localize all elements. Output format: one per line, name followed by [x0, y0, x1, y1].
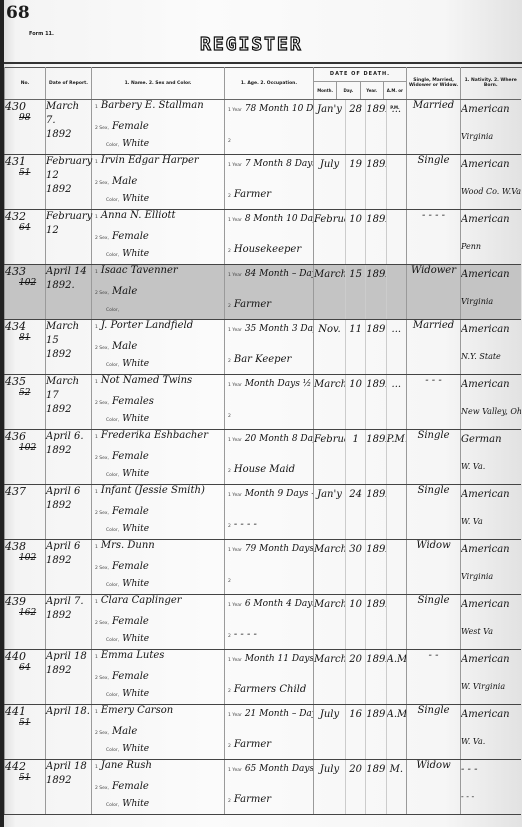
color-line: Color,White [92, 799, 224, 811]
name-sex-color-cell: 1Barbery E. Stallman 2 Sex,Female Color,… [92, 100, 225, 155]
condition-cell: Widow [407, 760, 461, 815]
entry-number-cell: 441 51 [5, 705, 46, 760]
register-page: 68 Form 11. REGISTER No. Date of Report.… [0, 0, 522, 827]
age-occupation-cell: 1 Year35 Month 3 Days 2Bar Keeper [225, 320, 314, 375]
birthplace-value: Penn [461, 236, 521, 251]
label-1: 1 [95, 270, 98, 275]
sex-value: Female [112, 506, 149, 517]
color-line: Color,White [92, 249, 224, 261]
report-date-line2: 1892 [46, 349, 71, 360]
label-1: 1 [95, 490, 98, 495]
condition-cell: Married [407, 100, 461, 155]
death-month: July [314, 760, 345, 814]
nativity-value: American [461, 540, 521, 566]
report-date-line2: 1892 [46, 184, 71, 195]
condition-cell: Married [407, 320, 461, 375]
age-value: 7 Month 8 Days 23 [245, 159, 313, 169]
label-2: 2 [228, 139, 231, 144]
nativity-value: American [461, 265, 521, 291]
nativity-value: American [461, 595, 521, 621]
label-sex: 2 Sex, [95, 731, 109, 736]
label-year: 1 Year [228, 768, 242, 773]
nativity-cell: American N.Y. State [461, 320, 521, 375]
sex-line: 2 Sex,Female [92, 558, 224, 579]
nativity-cell: American Virginia [461, 540, 521, 595]
label-year: 1 Year [228, 713, 242, 718]
label-color: Color, [106, 693, 119, 698]
entry-number-cell: 439 162 [5, 595, 46, 650]
occupation-line: 2 [225, 397, 313, 427]
sex-line: 2 Sex,Male [92, 173, 224, 194]
label-1: 1 [95, 600, 98, 605]
nativity-cell: American W. Virginia [461, 650, 521, 705]
age-line: 1 Year65 Month Days [225, 760, 313, 782]
label-color: Color, [106, 418, 119, 423]
death-day: 10 [345, 375, 365, 429]
entry-sub-number: 51 [5, 168, 45, 178]
name-line: 1Isaac Tavenner [92, 265, 224, 283]
report-date-cell: April 18 1892 [46, 650, 92, 705]
label-year: 1 Year [228, 108, 242, 113]
label-sex: 2 Sex, [95, 621, 109, 626]
entry-sub-number: 98 [5, 113, 45, 123]
label-2: 2 [228, 414, 231, 419]
age-line: 1 Year6 Month 4 Days – [225, 595, 313, 617]
entry-sub-number: 102 [5, 278, 45, 288]
death-date-fields: February 10 1892 [314, 210, 406, 264]
entry-sub-number: 162 [5, 608, 45, 618]
nativity-value: American [461, 210, 521, 236]
death-year: 1892 [365, 540, 385, 594]
label-year: 1 Year [228, 383, 242, 388]
color-value: White [122, 744, 149, 754]
page-number: 68 [6, 3, 30, 23]
label-color: Color, [106, 638, 119, 643]
death-month: March [314, 650, 345, 704]
death-day: 19 [345, 155, 365, 209]
death-date-cell: July 19 1892 [314, 155, 407, 210]
entry-sub-number: 102 [5, 443, 45, 453]
birthplace-value: W. Va. [461, 456, 521, 471]
sex-value: Male [112, 286, 137, 297]
condition-cell: - - - [407, 375, 461, 430]
birthplace-value: - - - [461, 786, 521, 801]
nativity-cell: American West Va [461, 595, 521, 650]
death-date-cell: February 10 1892 [314, 210, 407, 265]
death-year: 1892 [365, 265, 385, 319]
register-entry-row: 437 April 6 1892 1Infant (Jessie Smith) … [5, 485, 521, 540]
birthplace-value: Wood Co. W.Va. [461, 181, 521, 196]
sex-value: Male [112, 341, 137, 352]
color-value: White [122, 359, 149, 369]
sex-line: 2 Sex,Male [92, 283, 224, 304]
age-occupation-cell: 1 Year79 Month Days 2 [225, 540, 314, 595]
age-value: 84 Month – Days – [245, 269, 313, 279]
report-date-line2: 1892. [46, 280, 75, 291]
death-date-cell: February 1 1892 P.M. [314, 430, 407, 485]
name-line: 1Infant (Jessie Smith) [92, 485, 224, 503]
report-date-line1: April 7. [46, 596, 84, 607]
report-date-cell: April 14 1892. [46, 265, 92, 320]
label-2: 2 [228, 194, 231, 199]
sex-line: 2 Sex,Male [92, 723, 224, 744]
death-ampm: M. [386, 760, 406, 814]
name-sex-color-cell: 1Jane Rush 2 Sex,Female Color,White [92, 760, 225, 815]
nativity-cell: American Penn [461, 210, 521, 265]
entry-number: 441 [5, 705, 26, 718]
name-line: 1Anna N. Elliott [92, 210, 224, 228]
age-occupation-cell: 1 Year84 Month – Days – 2Farmer [225, 265, 314, 320]
occupation-value: Farmer [234, 189, 271, 200]
death-day: 24 [345, 485, 365, 539]
age-value: 35 Month 3 Days [245, 324, 313, 334]
report-date-cell: March 15 1892 [46, 320, 92, 375]
age-line: 1 Year78 Month 10 Days – [225, 100, 313, 122]
name-line: 1J. Porter Landfield [92, 320, 224, 338]
nativity-value: - - - [461, 760, 521, 786]
sex-line: 2 Sex,Female [92, 448, 224, 469]
death-month: July [314, 155, 345, 209]
condition-cell: Single [407, 155, 461, 210]
report-date-line2: 1892 [46, 555, 71, 566]
color-line: Color,White [92, 524, 224, 536]
condition-cell: Widower [407, 265, 461, 320]
name-sex-color-cell: 1Frederika Eshbacher 2 Sex,Female Color,… [92, 430, 225, 485]
death-date-fields: February 1 1892 P.M. [314, 430, 406, 484]
label-color: Color, [106, 473, 119, 478]
entry-number: 432 [5, 210, 26, 223]
report-date-line2: 1892 [46, 129, 71, 140]
nativity-value: German [461, 430, 521, 456]
entry-number: 431 [5, 155, 26, 168]
sex-line: 2 Sex,Females [92, 393, 224, 414]
report-date-line2: 1892 [46, 500, 71, 511]
age-line: 1 YearMonth 9 Days – [225, 485, 313, 507]
register-entry-row: 441 51 April 18. 1Emery Carson 2 Sex,Mal… [5, 705, 521, 760]
label-sex: 2 Sex, [95, 401, 109, 406]
death-date-fields: Jan'y 28 1892 ... [314, 100, 406, 154]
label-year: 1 Year [228, 273, 242, 278]
name-sex-color-cell: 1Anna N. Elliott 2 Sex,Female Color,Whit… [92, 210, 225, 265]
report-date-cell: April 6 1892 [46, 485, 92, 540]
age-line: 1 Year35 Month 3 Days [225, 320, 313, 342]
entry-number: 439 [5, 595, 26, 608]
death-month: March [314, 540, 345, 594]
report-date-line1: April 18. [46, 706, 90, 717]
color-line: Color,White [92, 579, 224, 591]
label-2: 2 [228, 524, 231, 529]
sex-value: Female [112, 561, 149, 572]
entry-number-cell: 442 51 [5, 760, 46, 815]
age-line: 1 Year84 Month – Days – [225, 265, 313, 287]
death-ampm [386, 540, 406, 594]
occupation-line: 2 [225, 562, 313, 592]
sex-value: Female [112, 231, 149, 242]
occupation-line: 2Housekeeper [225, 232, 313, 262]
label-2: 2 [228, 359, 231, 364]
death-date-fields: Jan'y 24 1892 [314, 485, 406, 539]
age-line: 1 YearMonth 11 Days 26 [225, 650, 313, 672]
death-date-cell: Jan'y 28 1892 ... [314, 100, 407, 155]
col-condition: Single, Married, Widower or Widow. [407, 67, 461, 100]
register-table: No. Date of Report. 1. Name. 2. Sex and … [4, 67, 521, 815]
death-ampm: P.M. [386, 430, 406, 484]
death-date-fields: March 20 1892 A.M. [314, 650, 406, 704]
death-month: July [314, 705, 345, 759]
age-occupation-cell: 1 Year21 Month – Days 25 2Farmer [225, 705, 314, 760]
col-nativity: 1. Nativity. 2. Where Born. [461, 67, 521, 100]
entry-number: 437 [5, 485, 26, 498]
deceased-name: Infant (Jessie Smith) [101, 485, 205, 496]
death-ampm [386, 595, 406, 649]
entry-sub-number: 51 [5, 773, 45, 783]
nativity-cell: American Wood Co. W.Va. [461, 155, 521, 210]
label-color: Color, [106, 363, 119, 368]
nativity-cell: American Virginia [461, 265, 521, 320]
report-date-cell: April 6. 1892 [46, 430, 92, 485]
color-line: Color,White [92, 414, 224, 426]
label-sex: 2 Sex, [95, 566, 109, 571]
label-2: 2 [228, 579, 231, 584]
label-2: 2 [228, 469, 231, 474]
death-ampm: ... [386, 375, 406, 429]
death-date-fields: July 19 1892 [314, 155, 406, 209]
age-value: 20 Month 8 Days 8 [245, 434, 313, 444]
date-of-death-subheads: Month. Day. Year. A.M. or P.M. [314, 82, 406, 99]
deceased-name: Not Named Twins [101, 375, 192, 386]
age-line: 1 Year21 Month – Days 25 [225, 705, 313, 727]
age-value: 8 Month 10 Days 18 [245, 214, 313, 224]
occupation-line: 2Farmer [225, 782, 313, 812]
register-entry-row: 438 102 April 6 1892 1Mrs. Dunn 2 Sex,Fe… [5, 540, 521, 595]
report-date-cell: February 12 [46, 210, 92, 265]
date-of-death-heading: DATE OF DEATH. [314, 67, 406, 82]
death-date-cell: March 10 1892 [314, 595, 407, 650]
col-death-year: Year. [360, 82, 383, 99]
age-occupation-cell: 1 Year6 Month 4 Days – 2- - - - [225, 595, 314, 650]
occupation-value: Farmer [234, 739, 271, 750]
sex-value: Male [112, 726, 137, 737]
death-date-fields: July 20 1891 M. [314, 760, 406, 814]
register-entry-row: 430 98 March 7. 1892 1Barbery E. Stallma… [5, 100, 521, 155]
age-occupation-cell: 1 YearMonth 11 Days 26 2Farmers Child [225, 650, 314, 705]
death-month: Jan'y [314, 485, 345, 539]
occupation-value: - - - - [234, 629, 257, 640]
death-ampm: A.M. [386, 650, 406, 704]
death-date-cell: March 30 1892 [314, 540, 407, 595]
death-date-cell: March 20 1892 A.M. [314, 650, 407, 705]
label-2: 2 [228, 744, 231, 749]
death-year: 1892 [365, 210, 385, 264]
register-entry-row: 432 64 February 12 1Anna N. Elliott 2 Se… [5, 210, 521, 265]
age-line: 1 Year20 Month 8 Days 8 [225, 430, 313, 452]
label-year: 1 Year [228, 438, 242, 443]
age-value: 78 Month 10 Days – [245, 104, 313, 114]
deceased-name: Barbery E. Stallman [101, 100, 204, 111]
occupation-value: House Maid [234, 464, 295, 475]
color-line: Color,White [92, 634, 224, 646]
death-ampm: ... [386, 320, 406, 374]
label-sex: 2 Sex, [95, 181, 109, 186]
name-line: 1Emery Carson [92, 705, 224, 723]
death-date-fields: March 10 1892 [314, 595, 406, 649]
entry-number-cell: 435 52 [5, 375, 46, 430]
register-entry-row: 433 102 April 14 1892. 1Isaac Tavenner 2… [5, 265, 521, 320]
label-color: Color, [106, 143, 119, 148]
col-death-day: Day. [336, 82, 359, 99]
report-date-line1: February 12 [46, 156, 92, 181]
name-sex-color-cell: 1J. Porter Landfield 2 Sex,Male Color,Wh… [92, 320, 225, 375]
occupation-line: 2House Maid [225, 452, 313, 482]
birthplace-value: New Valley, Ohio [461, 401, 521, 416]
birthplace-value: Virginia [461, 126, 521, 141]
occupation-line: 2Farmer [225, 287, 313, 317]
age-value: Month Days ½ [245, 379, 312, 389]
age-occupation-cell: 1 Year8 Month 10 Days 18 2Housekeeper [225, 210, 314, 265]
deceased-name: Irvin Edgar Harper [101, 155, 199, 166]
age-value: 65 Month Days [245, 764, 313, 774]
occupation-line: 2Farmers Child [225, 672, 313, 702]
nativity-cell: German W. Va. [461, 430, 521, 485]
report-date-cell: February 12 1892 [46, 155, 92, 210]
death-date-fields: March 15 1892 [314, 265, 406, 319]
entry-number: 440 [5, 650, 26, 663]
form-label: Form 11. [29, 31, 54, 37]
report-date-line1: March 17 [46, 376, 79, 401]
nativity-value: American [461, 100, 521, 126]
color-value: White [122, 634, 149, 644]
report-date-line1: April 18 [46, 651, 87, 662]
report-date-line1: April 6 [46, 486, 80, 497]
col-date-of-report: Date of Report. [46, 67, 92, 100]
sex-value: Female [112, 671, 149, 682]
birthplace-value: W. Va [461, 511, 521, 526]
entry-sub-number: 81 [5, 333, 45, 343]
name-line: 1Not Named Twins [92, 375, 224, 393]
death-year: 1892 [365, 485, 385, 539]
sex-line: 2 Sex,Female [92, 613, 224, 634]
age-value: Month 11 Days 26 [245, 654, 313, 664]
sex-value: Male [112, 176, 137, 187]
color-line: Color,White [92, 744, 224, 756]
label-1: 1 [95, 160, 98, 165]
condition-cell: - - [407, 650, 461, 705]
report-date-cell: April 18 1892 [46, 760, 92, 815]
death-month: March [314, 375, 345, 429]
nativity-value: American [461, 705, 521, 731]
birthplace-value: Virginia [461, 291, 521, 306]
color-line: Color,White [92, 194, 224, 206]
name-line: 1Frederika Eshbacher [92, 430, 224, 448]
age-value: 21 Month – Days 25 [245, 709, 313, 719]
age-line: 1 YearMonth Days ½ [225, 375, 313, 397]
occupation-value: Housekeeper [234, 244, 301, 255]
occupation-line: 2Farmer [225, 727, 313, 757]
occupation-value: Farmer [234, 794, 271, 805]
death-date-cell: July 16 1891 A.M. [314, 705, 407, 760]
occupation-line: 2Farmer [225, 177, 313, 207]
color-value: White [122, 579, 149, 589]
label-1: 1 [95, 325, 98, 330]
label-sex: 2 Sex, [95, 126, 109, 131]
color-line: Color,White [92, 139, 224, 151]
nativity-value: American [461, 485, 521, 511]
condition-cell: Single [407, 705, 461, 760]
label-1: 1 [95, 435, 98, 440]
sex-line: 2 Sex,Male [92, 338, 224, 359]
age-line: 1 Year7 Month 8 Days 23 [225, 155, 313, 177]
death-year: 1891 [365, 760, 385, 814]
sex-line: 2 Sex,Female [92, 778, 224, 799]
register-entry-row: 435 52 March 17 1892 1Not Named Twins 2 … [5, 375, 521, 430]
death-date-fields: March 10 1892 ... [314, 375, 406, 429]
name-line: 1Barbery E. Stallman [92, 100, 224, 118]
name-line: 1Irvin Edgar Harper [92, 155, 224, 173]
occupation-value: Farmer [234, 299, 271, 310]
deceased-name: Clara Caplinger [101, 595, 182, 606]
death-ampm: ... [386, 100, 406, 154]
color-line: Color,White [92, 469, 224, 481]
color-value: White [122, 194, 149, 204]
deceased-name: Anna N. Elliott [101, 210, 176, 221]
age-line: 1 Year8 Month 10 Days 18 [225, 210, 313, 232]
death-ampm: A.M. [386, 705, 406, 759]
label-1: 1 [95, 380, 98, 385]
color-line: Color,White [92, 689, 224, 701]
entry-number-cell: 438 102 [5, 540, 46, 595]
age-value: 79 Month Days [245, 544, 313, 554]
entry-number-cell: 437 [5, 485, 46, 540]
label-sex: 2 Sex, [95, 511, 109, 516]
age-occupation-cell: 1 Year65 Month Days 2Farmer [225, 760, 314, 815]
age-occupation-cell: 1 YearMonth Days ½ 2 [225, 375, 314, 430]
death-ampm [386, 485, 406, 539]
sex-value: Female [112, 121, 149, 132]
age-occupation-cell: 1 Year7 Month 8 Days 23 2Farmer [225, 155, 314, 210]
death-month: Nov. [314, 320, 345, 374]
birthplace-value: West Va [461, 621, 521, 636]
register-entry-row: 436 102 April 6. 1892 1Frederika Eshbach… [5, 430, 521, 485]
label-sex: 2 Sex, [95, 456, 109, 461]
entry-number: 436 [5, 430, 26, 443]
death-year: 1891 [365, 320, 385, 374]
condition-cell: Widow [407, 540, 461, 595]
report-date-line1: February 12 [46, 211, 92, 236]
age-occupation-cell: 1 Year78 Month 10 Days – 2 [225, 100, 314, 155]
death-day: 15 [345, 265, 365, 319]
label-color: Color, [106, 528, 119, 533]
report-date-line1: April 6 [46, 541, 80, 552]
entry-number-cell: 440 64 [5, 650, 46, 705]
sex-line: 2 Sex,Female [92, 503, 224, 524]
death-day: 11 [345, 320, 365, 374]
death-date-cell: Jan'y 24 1892 [314, 485, 407, 540]
label-2: 2 [228, 304, 231, 309]
condition-cell: Single [407, 430, 461, 485]
death-month: February [314, 210, 345, 264]
condition-cell: Single [407, 485, 461, 540]
sex-value: Female [112, 616, 149, 627]
deceased-name: Frederika Eshbacher [101, 430, 208, 441]
name-sex-color-cell: 1Irvin Edgar Harper 2 Sex,Male Color,Whi… [92, 155, 225, 210]
register-title: REGISTER [200, 34, 303, 55]
report-date-line2: 1892 [46, 404, 71, 415]
nativity-cell: American W. Va. [461, 705, 521, 760]
death-ampm [386, 265, 406, 319]
age-value: 6 Month 4 Days – [245, 599, 313, 609]
col-date-of-death: DATE OF DEATH. Month. Day. Year. A.M. or… [314, 67, 407, 100]
death-date-cell: March 15 1892 [314, 265, 407, 320]
